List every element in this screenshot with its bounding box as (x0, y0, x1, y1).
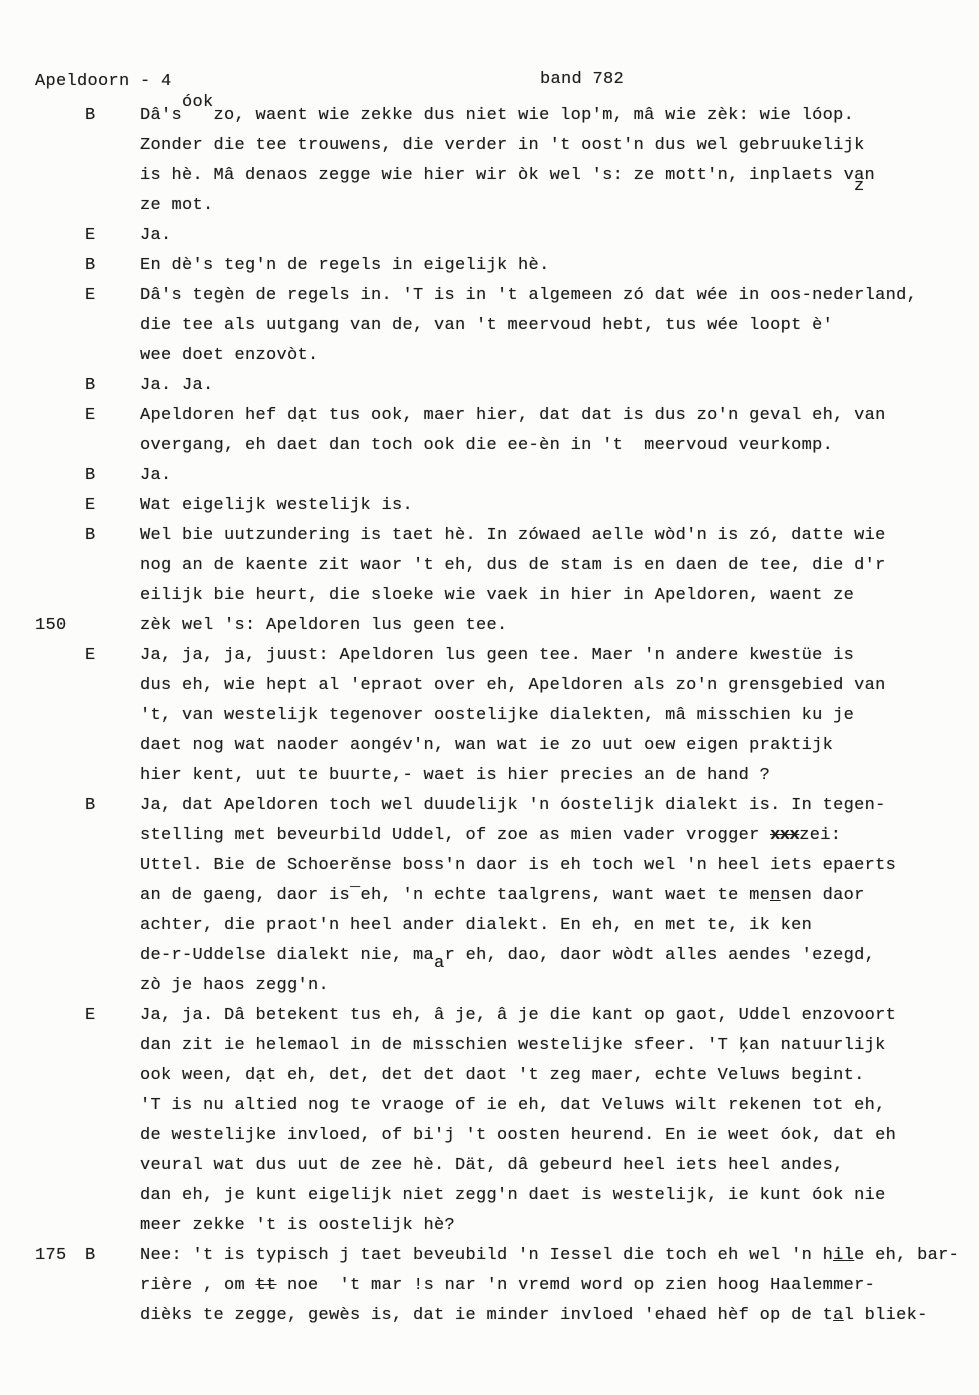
speaker-label: B (85, 251, 140, 281)
transcript-line: Ja. Ja. (140, 371, 965, 401)
text-segment: dièks te zegge, gewès is, dat ie minder … (140, 1306, 833, 1325)
speaker-label: B (85, 101, 140, 131)
transcript-line: de westelijke invloed, of bi'j 't oosten… (140, 1121, 965, 1151)
transcript-line: 't, van westelijk tegenover oostelijke d… (140, 701, 965, 731)
speaker-label: B (85, 461, 140, 491)
transcript-line: dus eh, wie hept al 'epraot over eh, Ape… (140, 671, 965, 701)
transcript-line: wee doet enzovòt. (140, 341, 965, 371)
text-segment: Dâ's tegèn de regels in. 'T is in 't alg… (140, 286, 917, 305)
text-segment: noe 't mar !s nar 'n vremd word op zien … (277, 1276, 876, 1295)
transcript-turn: BJa, dat Apeldoren toch wel duudelijk 'n… (85, 791, 965, 1001)
text-segment: zèk wel 's: Apeldoren lus geen tee. (140, 616, 508, 635)
transcript-line: ze mot. (140, 191, 965, 221)
underlined-text: il (833, 1246, 854, 1265)
transcript-line: an de gaeng, daor is‾eh, 'n echte taalgr… (140, 881, 965, 911)
text-segment: achter, die praot'n heel ander dialekt. … (140, 916, 812, 935)
transcript-line: Ja. (140, 221, 965, 251)
transcript-line: Ja, ja, ja, juust: Apeldoren lus geen te… (140, 641, 965, 671)
transcript-line: Uttel. Bie de Schoerĕnse boss'n daor is … (140, 851, 965, 881)
transcript-turn: BJa. Ja. (85, 371, 965, 401)
inserted-above-text: óok (182, 88, 214, 118)
text-segment: zò je haos zegg'n. (140, 976, 329, 995)
page-title: Apeldoorn - 4 (35, 72, 172, 91)
transcript-turn: BDâ'sóokzo, waent wie zekke dus niet wie… (85, 101, 965, 221)
text-segment: overgang, eh daet dan toch ook die ee-èn… (140, 436, 833, 455)
speaker-label: E (85, 641, 140, 671)
band-number: band 782 (540, 70, 624, 89)
text-segment: Ja, dat Apeldoren toch wel duudelijk 'n … (140, 796, 886, 815)
transcript-line: overgang, eh daet dan toch ook die ee-èn… (140, 431, 965, 461)
underlined-text: a (833, 1306, 844, 1325)
turn-lines: Wat eigelijk westelijk is. (140, 491, 965, 521)
text-segment: ook ween, dạt eh, det, det det daot 't z… (140, 1066, 865, 1085)
text-segment: 'T is nu altied nog te vraoge of ie eh, … (140, 1096, 886, 1115)
text-segment: rière , om (140, 1276, 256, 1295)
text-segment: zo, waent wie zekke dus niet wie lop'm, … (214, 106, 855, 125)
transcript-line: rière , om tt noe 't mar !s nar 'n vremd… (140, 1271, 965, 1301)
turn-lines: Dâ's tegèn de regels in. 'T is in 't alg… (140, 281, 965, 371)
transcript-line: eilijk bie heurt, die sloeke wie vaek in… (140, 581, 965, 611)
text-segment: r eh, dao, daor wòdt alles aendes 'ezegd… (445, 946, 876, 965)
transcript-line: 175Nee: 't is typisch j taet beveubild '… (140, 1241, 965, 1271)
speaker-label: E (85, 221, 140, 251)
transcript-line: En dè's teg'n de regels in eigelijk hè. (140, 251, 965, 281)
turn-lines: Ja, ja. Dâ betekent tus eh, â je, â je d… (140, 1001, 965, 1241)
text-segment: l bliek- (844, 1306, 928, 1325)
transcript-line: ook ween, dạt eh, det, det det daot 't z… (140, 1061, 965, 1091)
text-segment: stelling met beveurbild Uddel, of zoe as… (140, 826, 770, 845)
transcript-turn: EWat eigelijk westelijk is. (85, 491, 965, 521)
transcript-line: 150zèk wel 's: Apeldoren lus geen tee. (140, 611, 965, 641)
transcript-line: Dâ's tegèn de regels in. 'T is in 't alg… (140, 281, 965, 311)
transcript-line: dièks te zegge, gewès is, dat ie minder … (140, 1301, 965, 1331)
text-segment: sen daor (781, 886, 865, 905)
text-segment: eilijk bie heurt, die sloeke wie vaek in… (140, 586, 854, 605)
turn-lines: Ja, dat Apeldoren toch wel duudelijk 'n … (140, 791, 965, 1001)
text-segment: Zonder die tee trouwens, die verder in '… (140, 136, 865, 155)
text-segment: nog an de kaente zit waor 't eh, dus de … (140, 556, 886, 575)
margin-line-number: 150 (35, 611, 67, 641)
transcript-line: Dâ'sóokzo, waent wie zekke dus niet wie … (140, 101, 965, 131)
transcript-line: meer zekke 't is oostelijk hè? (140, 1211, 965, 1241)
turn-lines: Ja, ja, ja, juust: Apeldoren lus geen te… (140, 641, 965, 791)
text-segment: Ja. (140, 466, 172, 485)
speaker-label: B (85, 1241, 140, 1271)
text-segment: daet nog wat naoder aongév'n, wan wat ie… (140, 736, 833, 755)
transcript-line: stelling met beveurbild Uddel, of zoe as… (140, 821, 965, 851)
transcript-turn: BJa. (85, 461, 965, 491)
transcript-line: zò je haos zegg'n. (140, 971, 965, 1001)
transcript-line: Ja. (140, 461, 965, 491)
transcript-turn: EJa, ja, ja, juust: Apeldoren lus geen t… (85, 641, 965, 791)
transcript-turn: EApeldoren hef dạt tus ook, maer hier, d… (85, 401, 965, 461)
text-segment: Wel bie uutzundering is taet hè. In zówa… (140, 526, 886, 545)
transcript-turn: EDâ's tegèn de regels in. 'T is in 't al… (85, 281, 965, 371)
text-segment: Apeldoren hef dạt tus ook, maer hier, da… (140, 406, 886, 425)
transcript-turn: BWel bie uutzundering is taet hè. In zów… (85, 521, 965, 641)
text-segment: 't, van westelijk tegenover oostelijke d… (140, 706, 854, 725)
text-segment: Ja, ja. Dâ betekent tus eh, â je, â je d… (140, 1006, 896, 1025)
text-segment: dan eh, je kunt eigelijk niet zegg'n dae… (140, 1186, 886, 1205)
transcript-line: dan zit ie helemaol in de misschien west… (140, 1031, 965, 1061)
transcript-turn: EJa. (85, 221, 965, 251)
transcript-turn: EJa, ja. Dâ betekent tus eh, â je, â je … (85, 1001, 965, 1241)
text-segment: hier kent, uut te buurte,- waet is hier … (140, 766, 770, 785)
transcript-line: Zonder die tee trouwens, die verder in '… (140, 131, 965, 161)
turn-lines: Dâ'sóokzo, waent wie zekke dus niet wie … (140, 101, 965, 221)
transcript-line: die tee als uutgang van de, van 't meerv… (140, 311, 965, 341)
text-segment: n (865, 166, 876, 185)
speaker-label: E (85, 401, 140, 431)
text-segment: de westelijke invloed, of bi'j 't oosten… (140, 1126, 896, 1145)
speaker-label: E (85, 491, 140, 521)
turn-lines: En dè's teg'n de regels in eigelijk hè. (140, 251, 965, 281)
transcript-line: Ja, dat Apeldoren toch wel duudelijk 'n … (140, 791, 965, 821)
turn-lines: Ja. (140, 461, 965, 491)
transcript-line: Wel bie uutzundering is taet hè. In zówa… (140, 521, 965, 551)
transcript-line: daet nog wat naoder aongév'n, wan wat ie… (140, 731, 965, 761)
turn-lines: Ja. Ja. (140, 371, 965, 401)
underlined-text: n (770, 886, 781, 905)
text-segment: is hè. Mâ denaos zegge wie hier wir òk w… (140, 166, 865, 185)
struck-text: xxx (770, 826, 799, 845)
text-segment: zei: (799, 826, 841, 845)
turn-lines: 175Nee: 't is typisch j taet beveubild '… (140, 1241, 965, 1331)
document-page: Apeldoorn - 4 band 782 BDâ'sóokzo, waent… (0, 0, 979, 1395)
text-segment: Uttel. Bie de Schoerĕnse boss'n daor is … (140, 856, 896, 875)
turn-lines: Apeldoren hef dạt tus ook, maer hier, da… (140, 401, 965, 461)
speaker-label: B (85, 521, 140, 551)
text-segment: Ja, ja, ja, juust: Apeldoren lus geen te… (140, 646, 854, 665)
transcript-line: Wat eigelijk westelijk is. (140, 491, 965, 521)
text-segment: an de gaeng, daor is‾eh, 'n echte taalgr… (140, 886, 770, 905)
transcript-turn: BEn dè's teg'n de regels in eigelijk hè. (85, 251, 965, 281)
margin-line-number: 175 (35, 1241, 67, 1271)
transcript-line: veural wat dus uut de zee hè. Dät, dâ ge… (140, 1151, 965, 1181)
text-segment: dus eh, wie hept al 'epraot over eh, Ape… (140, 676, 886, 695)
text-segment: Ja. Ja. (140, 376, 214, 395)
text-segment: dan zit ie helemaol in de misschien west… (140, 1036, 886, 1055)
text-segment: En dè's teg'n de regels in eigelijk hè. (140, 256, 550, 275)
text-segment: wee doet enzovòt. (140, 346, 319, 365)
speaker-label: E (85, 1001, 140, 1031)
text-segment: Wat eigelijk westelijk is. (140, 496, 413, 515)
transcript-line: achter, die praot'n heel ander dialekt. … (140, 911, 965, 941)
transcript-line: Ja, ja. Dâ betekent tus eh, â je, â je d… (140, 1001, 965, 1031)
transcript-line: dan eh, je kunt eigelijk niet zegg'n dae… (140, 1181, 965, 1211)
transcript-line: de-r-Uddelse dialekt nie, maar eh, dao, … (140, 941, 965, 971)
transcript-line: nog an de kaente zit waor 't eh, dus de … (140, 551, 965, 581)
transcript-line: Apeldoren hef dạt tus ook, maer hier, da… (140, 401, 965, 431)
transcript-line: hier kent, uut te buurte,- waet is hier … (140, 761, 965, 791)
text-segment: Nee: 't is typisch j taet beveubild 'n I… (140, 1246, 833, 1265)
transcript-line: 'T is nu altied nog te vraoge of ie eh, … (140, 1091, 965, 1121)
transcript-turn: B175Nee: 't is typisch j taet beveubild … (85, 1241, 965, 1331)
speaker-label: E (85, 281, 140, 311)
speaker-label: B (85, 791, 140, 821)
text-segment: die tee als uutgang van de, van 't meerv… (140, 316, 833, 335)
text-segment: ze mot. (140, 196, 214, 215)
transcript: BDâ'sóokzo, waent wie zekke dus niet wie… (85, 101, 965, 1331)
turn-lines: Ja. (140, 221, 965, 251)
text-segment: de-r-Uddelse dialekt nie, ma (140, 946, 434, 965)
transcript-line: is hè. Mâ denaos zegge wie hier wir òk w… (140, 161, 965, 191)
text-segment: Ja. (140, 226, 172, 245)
turn-lines: Wel bie uutzundering is taet hè. In zówa… (140, 521, 965, 641)
text-segment: Dâ's (140, 106, 182, 125)
text-segment: veural wat dus uut de zee hè. Dät, dâ ge… (140, 1156, 844, 1175)
speaker-label: B (85, 371, 140, 401)
struck-text: tt (256, 1276, 277, 1295)
text-segment: meer zekke 't is oostelijk hè? (140, 1216, 455, 1235)
text-segment: e eh, bar- (854, 1246, 959, 1265)
